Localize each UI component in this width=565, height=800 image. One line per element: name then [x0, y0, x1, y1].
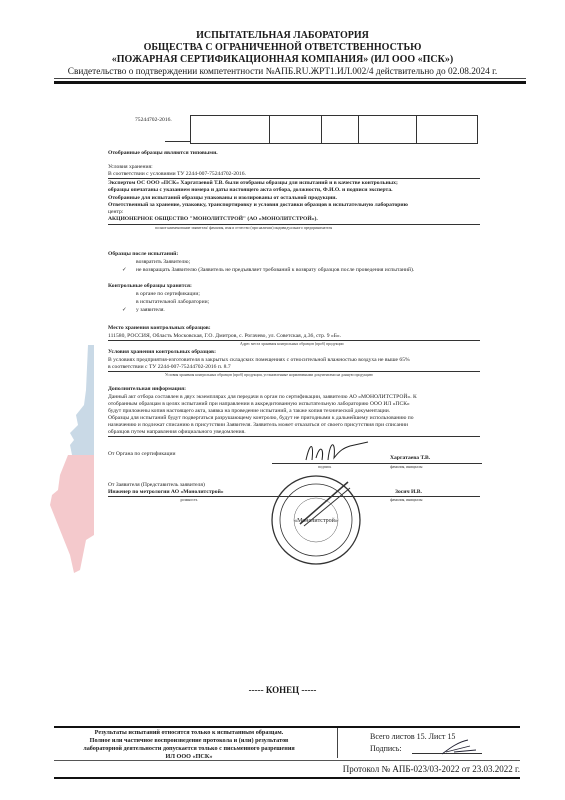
- extra-line-5: назначению и подлежат списанию в присутс…: [108, 422, 408, 429]
- footer-bottom-rule: [54, 777, 520, 779]
- lab-org-type: ОБЩЕСТВА С ОГРАНИЧЕННОЙ ОТВЕТСТВЕННОСТЬЮ: [0, 42, 565, 54]
- checkmark-icon: ✓: [122, 307, 127, 314]
- after-tests-label: Образцы после испытаний:: [108, 251, 178, 258]
- extra-line-4: Образцы для испытаний будут подвергаться…: [108, 415, 414, 422]
- after-tests-option-2: не возвращать Заявителю (Заявитель не пр…: [136, 267, 414, 274]
- storage-value: В соответствии с условиями ТУ 2244-007-7…: [108, 171, 246, 178]
- applicant-sign-label: От Заявителя (Представитель заявителя): [108, 482, 205, 489]
- applicant-name: АКЦИОНЕРНОЕ ОБЩЕСТВО "МОНОЛИТСТРОЙ" (АО …: [108, 216, 318, 223]
- stamp-text: «Монолитстрой»: [294, 517, 338, 524]
- underline: [108, 224, 480, 225]
- samples-typical: Отобранные образцы являются типовыми.: [108, 150, 218, 157]
- responsible-line-1: Ответственный за хранение, упаковку, тра…: [108, 202, 408, 209]
- caption-signature: подпись: [318, 465, 331, 469]
- extra-line-1: Данный акт отбора составлен в двух экзем…: [108, 394, 417, 401]
- underline: [272, 463, 482, 464]
- signature-org-icon: [300, 438, 370, 466]
- applicant-position: Инженер по метрологии АО «Монолитстрой»: [108, 489, 224, 496]
- footer-signature-icon: [440, 738, 480, 756]
- protocol-number: Протокол № АПБ-023/03-2022 от 23.03.2022…: [54, 764, 520, 774]
- control-option-3: у заявителя.: [136, 307, 165, 314]
- end-marker: ----- КОНЕЦ -----: [0, 685, 565, 695]
- after-tests-option-1: возвратить Заявителю;: [136, 259, 190, 266]
- signature-label: Подпись:: [370, 744, 402, 753]
- place-caption: Адрес места хранения контрольных образцо…: [240, 342, 344, 346]
- footer-notice-line-2: Полное или частичное воспроизведение про…: [54, 737, 324, 745]
- caption-name: фамилия, инициалы: [390, 465, 422, 469]
- storage-label: Условия хранения:: [108, 164, 153, 171]
- company-stamp-icon: «Монолитстрой»: [270, 474, 362, 566]
- footer-rule: [54, 760, 520, 761]
- cond-caption: Условия хранения контрольных образцов (п…: [165, 373, 373, 377]
- table-cell-text: 75244702-2016.: [135, 117, 172, 124]
- extra-label: Дополнительная информация:: [108, 386, 186, 393]
- applicant-signer-name: Зосич И.В.: [395, 489, 422, 496]
- place-label: Место хранения контрольных образцов:: [108, 325, 211, 332]
- control-label: Контрольные образцы хранятся:: [108, 283, 192, 290]
- org-signer-name: Харгатаева Т.В.: [390, 455, 430, 462]
- expert-line-2: образцы опечатаны с указанием номера и д…: [108, 187, 393, 194]
- org-label: От Органа по сертификации: [108, 451, 175, 458]
- underline: [108, 371, 480, 372]
- place-value: 111580, РОССИЯ, Область Московская, Г.О.…: [108, 333, 341, 340]
- cond-line-1: В условиях предприятия-изготовителя в за…: [108, 357, 410, 364]
- cond-label: Условия хранения контрольных образцов:: [108, 349, 216, 356]
- underline: [108, 436, 480, 437]
- header-rule-thick: [54, 81, 526, 84]
- flag-watermark: [48, 345, 94, 575]
- lab-org-name: «ПОЖАРНАЯ СЕРТИФИКАЦИОННАЯ КОМПАНИЯ» (ИЛ…: [0, 54, 565, 66]
- footer-separator: [337, 728, 338, 758]
- expert-line-1: Экспертом ОС ООО «ПСК» Харгатаевой Т.В. …: [108, 180, 398, 187]
- caption-name: фамилия, инициалы: [390, 498, 422, 502]
- control-option-2: в испытательной лаборатории;: [136, 299, 209, 306]
- extra-line-6: образцов путем направления официального …: [108, 429, 246, 436]
- checkmark-icon: ✓: [122, 267, 127, 274]
- cond-line-2: в соответствии с ТУ 2244-007-75244702-20…: [108, 364, 231, 371]
- footer-notice: Результаты испытаний относятся только к …: [54, 729, 324, 761]
- applicant-caption: полное наименование заявителя/ фамилия, …: [155, 226, 332, 230]
- certificate-line: Свидетельство о подтверждении компетентн…: [0, 67, 565, 77]
- packed-line: Отобранные для испытаний образцы упакова…: [108, 195, 337, 202]
- lab-title: ИСПЫТАТЕЛЬНАЯ ЛАБОРАТОРИЯ: [0, 30, 565, 42]
- control-option-1: в органе по сертификации;: [136, 291, 200, 298]
- caption-position: должность: [180, 498, 197, 502]
- table-fragment: [190, 115, 478, 144]
- footer-notice-line-1: Результаты испытаний относятся только к …: [54, 729, 324, 737]
- responsible-line-2: центр:: [108, 209, 123, 216]
- underline: [108, 178, 480, 179]
- footer-notice-line-3: лабораторной деятельности допускается то…: [54, 745, 324, 753]
- underline: [108, 340, 480, 341]
- extra-line-3: будут приложены копия настоящего акта, з…: [108, 408, 390, 415]
- header-rule-thin: [54, 78, 526, 79]
- table-underline: [165, 141, 190, 142]
- extra-line-2: отобранным образцам в целях испытаний пр…: [108, 401, 410, 408]
